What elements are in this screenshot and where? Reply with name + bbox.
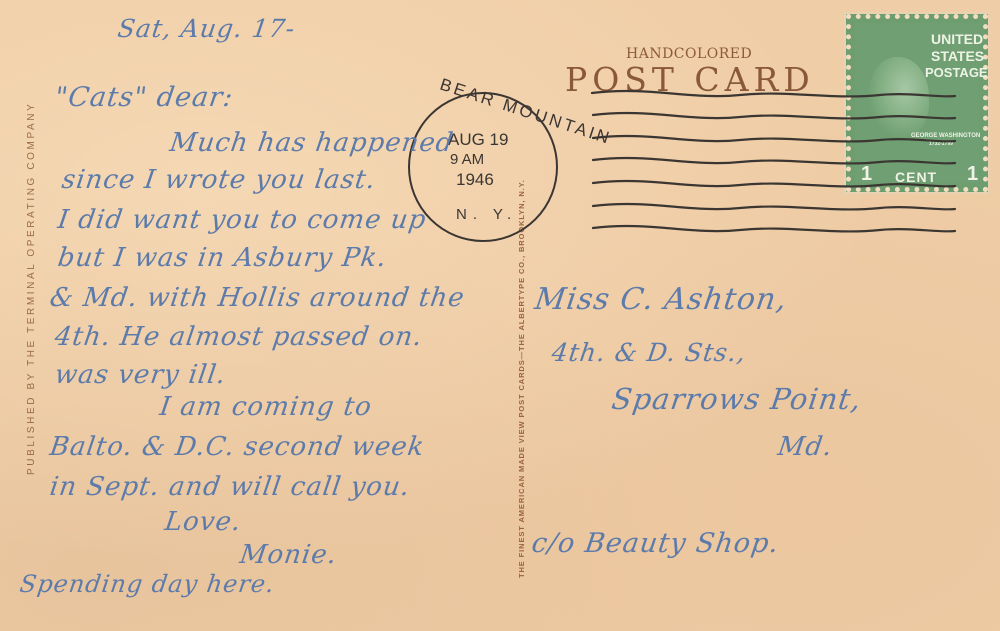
address-street: 4th. & D. Sts., xyxy=(550,338,748,367)
postmark-state: N. Y. xyxy=(456,206,517,223)
message-line: Balto. & D.C. second week xyxy=(48,432,427,462)
postcard-back: PUBLISHED BY THE TERMINAL OPERATING COMP… xyxy=(0,0,1000,631)
message-line: I did want you to come up xyxy=(56,205,428,235)
address-city: Sparrows Point, xyxy=(610,382,864,416)
message-line: & Md. with Hollis around the xyxy=(48,283,467,313)
message-line: Love. xyxy=(163,507,243,537)
postmark-time: 9 AM xyxy=(450,151,484,168)
message-line: was very ill. xyxy=(53,360,228,390)
postmark-date: AUG 19 xyxy=(448,130,508,150)
message-line: in Sept. and will call you. xyxy=(48,472,412,502)
address-name: Miss C. Ashton, xyxy=(533,282,790,317)
message-date: Sat, Aug. 17- xyxy=(116,14,297,43)
message-signature: Monie. xyxy=(238,540,339,570)
message-line: but I was in Asbury Pk. xyxy=(56,243,389,273)
message-line: since I wrote you last. xyxy=(60,165,378,195)
message-line: 4th. He almost passed on. xyxy=(53,322,425,352)
postmark-year: 1946 xyxy=(456,170,494,190)
message-postscript: Spending day here. xyxy=(18,570,277,598)
message-line: Much has happened xyxy=(168,128,456,158)
postmark: BEAR MOUNTAIN AUG 19 9 AM 1946 N. Y. xyxy=(408,92,558,242)
address-state: Md. xyxy=(776,432,835,462)
message-greeting: "Cats" dear: xyxy=(53,82,236,113)
address-care-of: c/o Beauty Shop. xyxy=(530,528,781,559)
message-line: I am coming to xyxy=(158,392,374,422)
